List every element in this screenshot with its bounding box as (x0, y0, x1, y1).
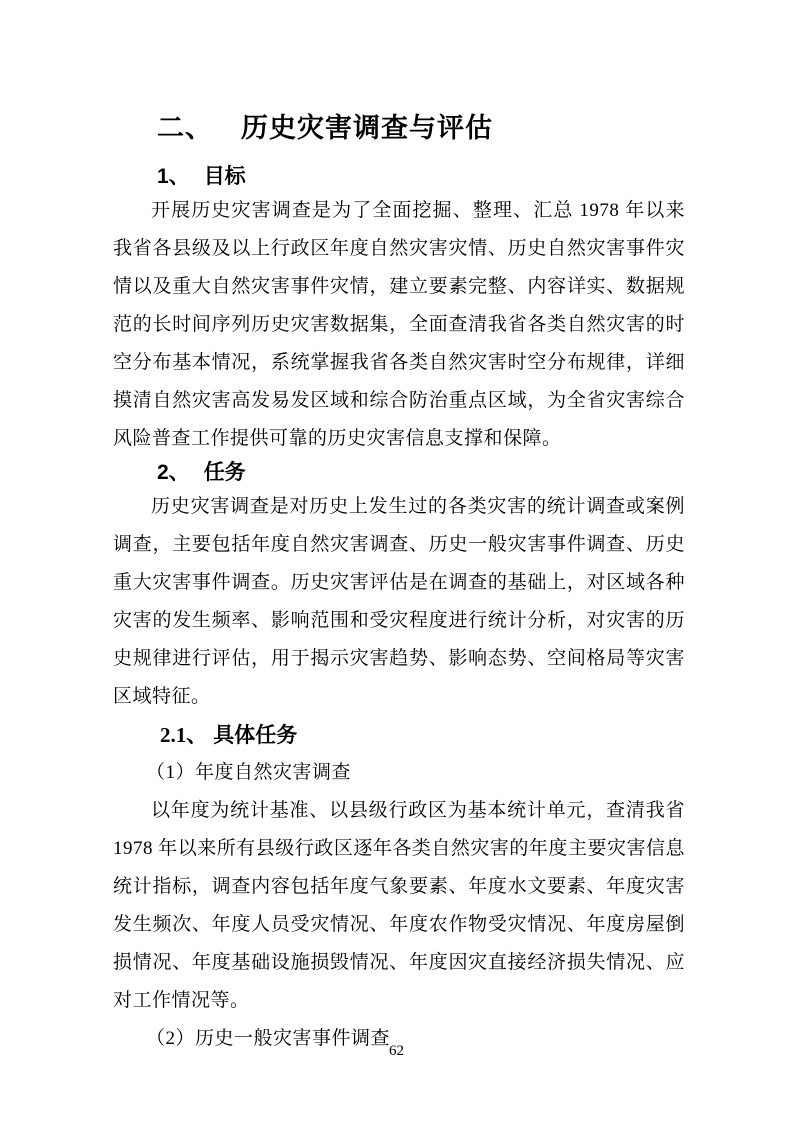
section-heading-tasks: 2、任务 (113, 458, 685, 488)
paragraph-goal: 开展历史灾害调查是为了全面挖掘、整理、汇总 1978 年以来我省各县级及以上行政… (113, 192, 685, 458)
chapter-title-text: 历史灾害调查与评估 (241, 113, 493, 143)
chapter-title: 二、历史灾害调查与评估 (113, 110, 685, 146)
document-page: 二、历史灾害调查与评估 1、目标 开展历史灾害调查是为了全面挖掘、整理、汇总 1… (0, 0, 793, 1122)
section-tasks-number: 2、 (157, 461, 190, 484)
subsection-number: 2.1、 (160, 723, 207, 747)
chapter-number: 二、 (157, 113, 213, 143)
subsection-text: 具体任务 (213, 723, 297, 747)
section-goal-text: 目标 (204, 165, 246, 188)
section-heading-goal: 1、目标 (113, 162, 685, 192)
section-tasks-text: 任务 (204, 461, 246, 484)
paragraph-tasks: 历史灾害调查是对历史上发生过的各类灾害的统计调查或案例调查，主要包括年度自然灾害… (113, 488, 685, 716)
paragraph-annual-disaster-survey: 以年度为统计基准、以县级行政区为基本统计单元，查清我省 1978 年以来所有县级… (113, 792, 685, 1020)
page-number: 62 (0, 1043, 793, 1060)
subsection-heading-specific-tasks: 2.1、具体任务 (113, 718, 685, 752)
list-item-annual-disaster-survey: （1）年度自然灾害调查 (113, 754, 685, 792)
section-goal-number: 1、 (157, 165, 190, 188)
